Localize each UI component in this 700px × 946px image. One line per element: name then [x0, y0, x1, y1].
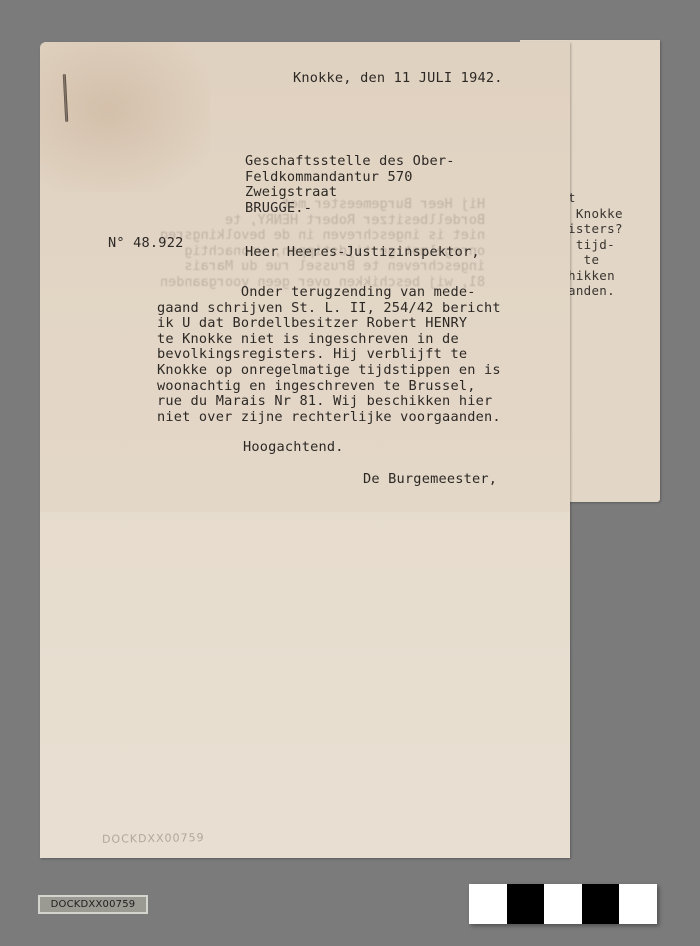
scale-bar-cell: [582, 884, 620, 924]
letter-salutation: Heer Heeres-Justizinspektor,: [245, 245, 480, 261]
letter-sheet: Hij Heer Burgemeester met Bordellbesitze…: [40, 42, 570, 858]
letter-closing: Hoogachtend.: [243, 440, 344, 456]
scale-bar-cell: [507, 884, 545, 924]
underlying-sheet-edge-text: t Knokke isters? tijd- te hikken anden.: [568, 190, 623, 299]
letter-signature: De Burgemeester,: [363, 472, 497, 488]
letter-date: Knokke, den 11 JULI 1942.: [293, 71, 503, 87]
letter-addressee: Geschaftsstelle des Ober- Feldkommandant…: [245, 154, 455, 216]
reference-number: N° 48.922: [108, 236, 183, 252]
color-scale-bar: [469, 884, 657, 924]
pencil-archive-mark: DOCKDXX00759: [102, 831, 205, 846]
scale-bar-cell: [619, 884, 657, 924]
scale-bar-cell: [469, 884, 507, 924]
scale-bar-cell: [544, 884, 582, 924]
archive-id-label: DOCKDXX00759: [38, 895, 148, 914]
letter-body: Onder terugzending van mede- gaand schri…: [157, 285, 501, 425]
